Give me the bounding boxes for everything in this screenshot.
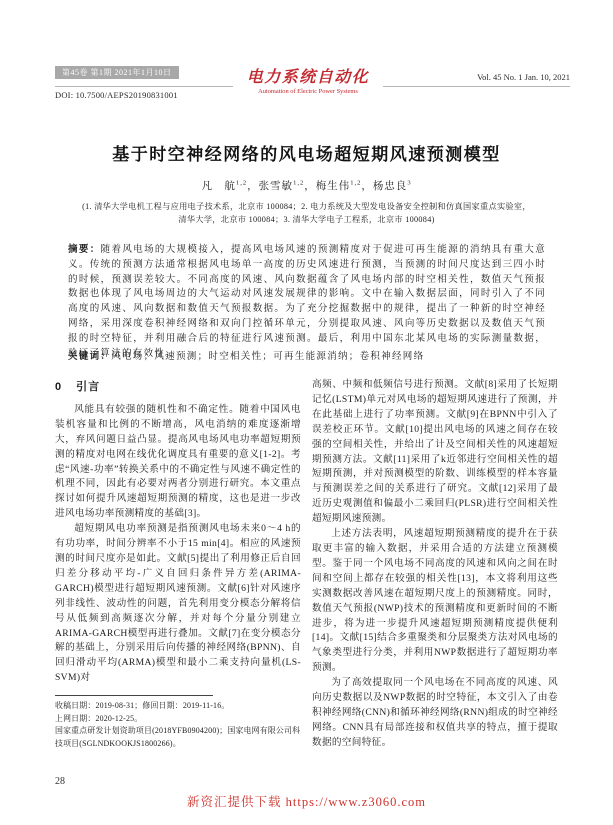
journal-name-cn: 电力系统自动化 <box>233 64 383 87</box>
keywords-text: 风电场；风速预测；时空相关性；可再生能源消纳；卷积神经网络 <box>111 352 424 362</box>
footnote-online-date: 上网日期：2020-12-25。 <box>55 713 301 726</box>
author-name: 张雪敏 <box>259 181 294 192</box>
front-matter: 基于时空神经网络的风电场超短期风速预测模型 凡 航1,2，张雪敏1,2，梅生伟1… <box>55 140 558 226</box>
watermark-text: 新资汇提供下载 https://www.z3060.com <box>0 792 613 810</box>
affiliation-line: (1. 清华大学电机工程与应用电子技术系，北京市 100084；2. 电力系统及… <box>55 200 558 213</box>
article-body: 0引言 风能具有较强的随机性和不确定性。随着中国风电装机容量和比例的不断增高，风… <box>55 378 558 751</box>
footnote-funding: 国家重点研发计划资助项目(2018YFB0904200)；国家电网有限公司科技项… <box>55 725 301 750</box>
body-paragraph: 高频、中频和低频信号进行预测。文献[8]采用了长短期记忆(LSTM)单元对风电场… <box>312 378 558 527</box>
column-right: 高频、中频和低频信号进行预测。文献[8]采用了长短期记忆(LSTM)单元对风电场… <box>312 378 558 751</box>
affiliations: (1. 清华大学电机工程与应用电子技术系，北京市 100084；2. 电力系统及… <box>55 200 558 226</box>
abstract-label: 摘要： <box>68 244 101 255</box>
body-paragraph: 上述方法表明，风速超短期预测精度的提升在于获取更丰富的输入数据，并采用合适的方法… <box>312 527 558 676</box>
author-affil-sup: 1,2 <box>236 180 247 187</box>
affiliation-line: 清华大学，北京市 100084；3. 清华大学电子工程系，北京市 100084) <box>55 213 558 226</box>
footnote-block: 收稿日期：2019-08-31；修回日期：2019-11-16。 上网日期：20… <box>55 695 301 750</box>
article-title: 基于时空神经网络的风电场超短期风速预测模型 <box>55 140 558 165</box>
keywords-block: 关键词：风电场；风速预测；时空相关性；可再生能源消纳；卷积神经网络 <box>68 348 546 362</box>
author-separator: ， <box>304 181 316 192</box>
issue-info-en: Vol. 45 No. 1 Jan. 10, 2021 <box>477 72 570 82</box>
body-paragraph: 为了高效提取同一个风电场在不同高度的风速、风向历史数据以及NWP数据的时空特征，… <box>312 676 558 751</box>
doi-text: DOI: 10.7500/AEPS20190831001 <box>55 90 178 100</box>
issue-info-box: 第45卷 第1期 2021年1月10日 <box>55 66 179 79</box>
section-title: 引言 <box>76 381 100 393</box>
header-rule-left <box>55 86 233 87</box>
journal-logo: 电力系统自动化 Automation of Electric Power Sys… <box>233 64 383 95</box>
paper-page: 第45卷 第1期 2021年1月10日 DOI: 10.7500/AEPS201… <box>0 0 613 825</box>
column-left: 0引言 风能具有较强的随机性和不确定性。随着中国风电装机容量和比例的不断增高，风… <box>55 378 301 751</box>
author-affil-sup: 3 <box>407 180 411 187</box>
author-separator: ， <box>361 181 373 192</box>
authors-line: 凡 航1,2，张雪敏1,2，梅生伟1,2，杨忠良3 <box>55 178 558 193</box>
author-name: 梅生伟 <box>316 181 351 192</box>
author-affil-sup: 1,2 <box>350 180 361 187</box>
abstract-text: 随着风电场的大规模接入，提高风电场风速的预测精度对于促进可再生能源的消纳具有重大… <box>68 245 546 359</box>
abstract-block: 摘要：随着风电场的大规模接入，提高风电场风速的预测精度对于促进可再生能源的消纳具… <box>68 243 546 361</box>
journal-name-en: Automation of Electric Power Systems <box>233 88 383 95</box>
author-name: 杨忠良 <box>373 181 408 192</box>
section-number: 0 <box>55 381 62 393</box>
author-name: 凡 航 <box>201 181 236 192</box>
header-rule-right <box>383 86 570 87</box>
body-paragraph: 风能具有较强的随机性和不确定性。随着中国风电装机容量和比例的不断增高，风电消纳的… <box>55 403 301 522</box>
journal-header: 第45卷 第1期 2021年1月10日 DOI: 10.7500/AEPS201… <box>0 0 613 110</box>
author-affil-sup: 1,2 <box>293 180 304 187</box>
page-number: 28 <box>55 776 65 787</box>
author-separator: ， <box>247 181 259 192</box>
body-paragraph: 超短期风电功率预测是指预测风电场未来0～4 h的有功功率，时间分辨率不小于15 … <box>55 522 301 686</box>
section-heading: 0引言 <box>55 380 301 395</box>
footnote-received-dates: 收稿日期：2019-08-31；修回日期：2019-11-16。 <box>55 700 301 713</box>
footnote-rule <box>55 695 213 696</box>
keywords-label: 关键词： <box>68 351 111 362</box>
